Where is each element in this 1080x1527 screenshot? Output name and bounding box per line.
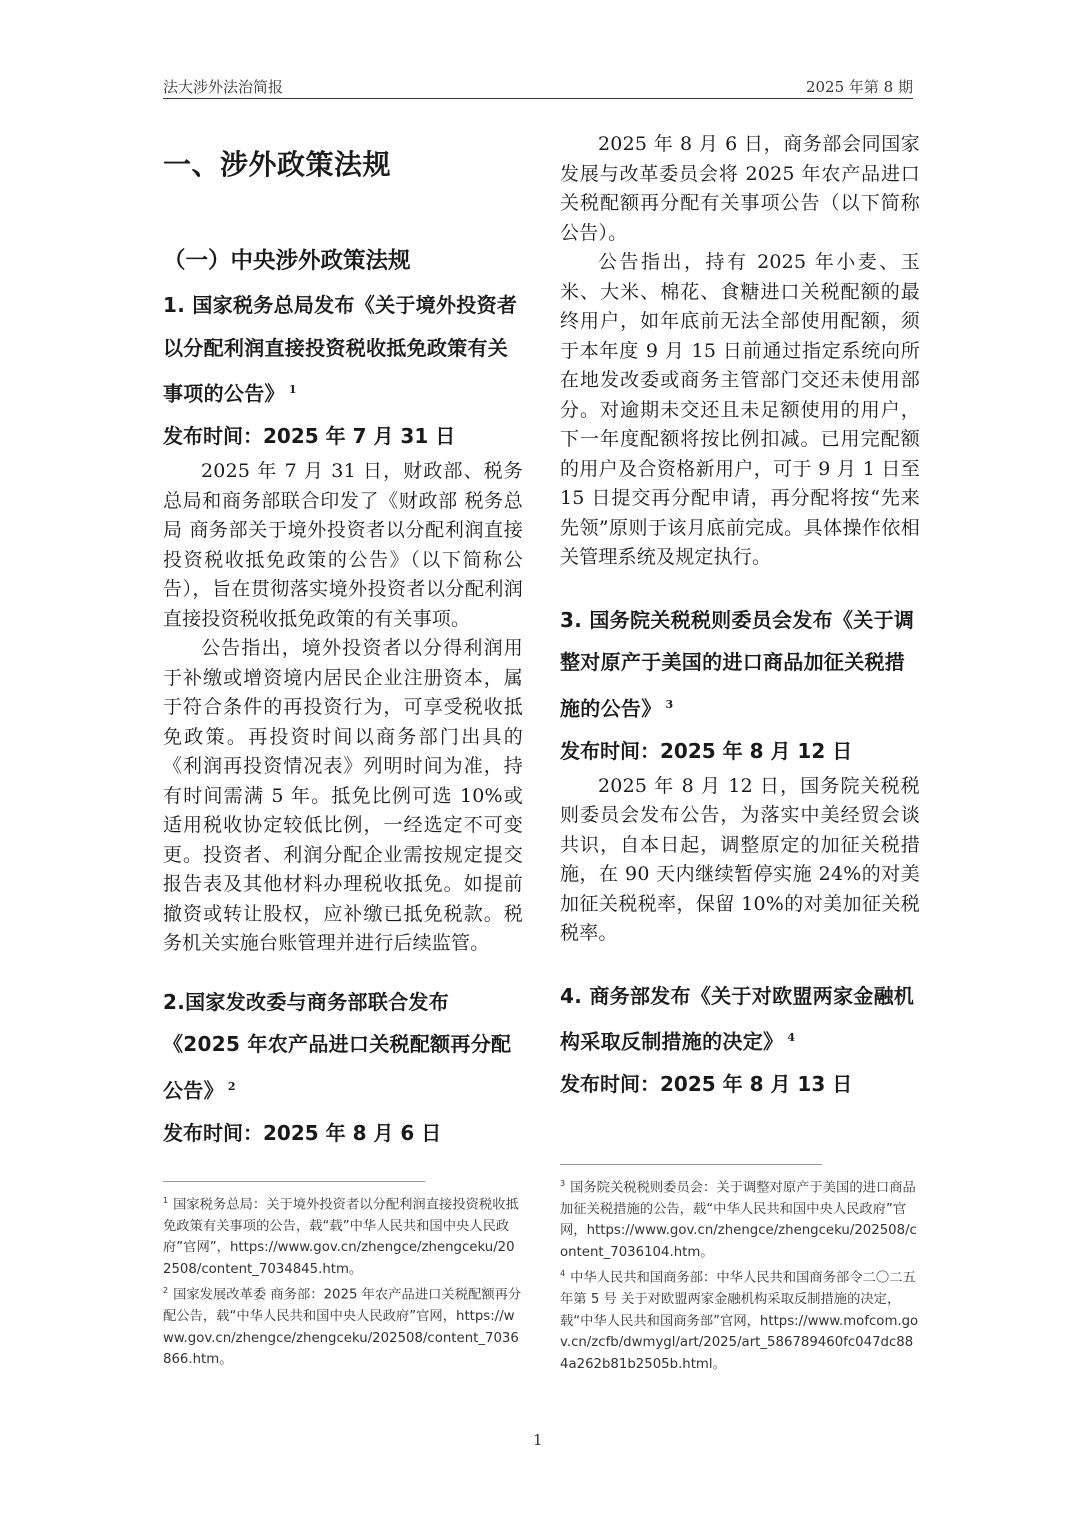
page-header: 法大涉外法治简报 2025 年第 8 期 [163, 76, 913, 99]
footnote-ref[interactable]: 4 [787, 1031, 795, 1044]
footnote-divider [560, 1164, 822, 1165]
paragraph: 2025 年 8 月 6 日，商务部会同国家发展与改革委员会将 2025 年农产… [560, 130, 920, 248]
page-number: 1 [533, 1431, 543, 1449]
footnote-2: 2国家发展改革委 商务部：2025 年农产品进口关税配额再分配公告，载“中华人民… [163, 1280, 523, 1370]
item-title: 2.国家发改委与商务部联合发布《2025 年农产品进口关税配额再分配公告》2 [163, 981, 523, 1112]
right-column: 2025 年 8 月 6 日，商务部会同国家发展与改革委员会将 2025 年农产… [560, 130, 920, 1105]
paragraph: 2025 年 7 月 31 日，财政部、税务总局和商务部联合印发了《财政部 税务… [163, 457, 523, 634]
item-4: 4. 商务部发布《关于对欧盟两家金融机构采取反制措施的决定》4 发布时间：202… [560, 975, 920, 1106]
publish-date: 发布时间：2025 年 8 月 6 日 [163, 1112, 523, 1154]
footnote-1: 1国家税务总局：关于境外投资者以分配利润直接投资税收抵免政策有关事项的公告，载“… [163, 1190, 523, 1280]
publish-date: 发布时间：2025 年 8 月 12 日 [560, 730, 920, 772]
publish-date: 发布时间：2025 年 8 月 13 日 [560, 1063, 920, 1105]
footnotes-left: 1国家税务总局：关于境外投资者以分配利润直接投资税收抵免政策有关事项的公告，载“… [163, 1190, 523, 1371]
footnote-ref[interactable]: 3 [666, 698, 674, 711]
item-1: 1. 国家税务总局发布《关于境外投资者以分配利润直接投资税收抵免政策有关事项的公… [163, 284, 523, 959]
item-3: 3. 国务院关税税则委员会发布《关于调整对原产于美国的进口商品加征关税措施的公告… [560, 599, 920, 949]
publication-name: 法大涉外法治简报 [163, 76, 283, 97]
section-title: 一、涉外政策法规 [163, 145, 523, 185]
document-page: 法大涉外法治简报 2025 年第 8 期 一、涉外政策法规 （一）中央涉外政策法… [0, 0, 1080, 1527]
footnote-4: 4中华人民共和国商务部：中华人民共和国商务部令二〇二五年第 5 号 关于对欧盟两… [560, 1263, 920, 1375]
paragraph: 公告指出，持有 2025 年小麦、玉米、大米、棉花、食糖进口关税配额的最终用户，… [560, 248, 920, 573]
paragraph: 公告指出，境外投资者以分得利润用于补缴或增资境内居民企业注册资本，属于符合条件的… [163, 634, 523, 959]
left-column: 一、涉外政策法规 （一）中央涉外政策法规 1. 国家税务总局发布《关于境外投资者… [163, 130, 523, 1154]
issue-number: 2025 年第 8 期 [806, 76, 913, 97]
item-title: 1. 国家税务总局发布《关于境外投资者以分配利润直接投资税收抵免政策有关事项的公… [163, 284, 523, 415]
footnote-3: 3国务院关税税则委员会：关于调整对原产于美国的进口商品加征关税措施的公告，载“中… [560, 1173, 920, 1263]
footnote-ref[interactable]: 1 [289, 383, 297, 396]
item-title: 4. 商务部发布《关于对欧盟两家金融机构采取反制措施的决定》4 [560, 975, 920, 1064]
subsection-title: （一）中央涉外政策法规 [163, 244, 523, 278]
footnote-divider [163, 1181, 425, 1182]
item-2: 2.国家发改委与商务部联合发布《2025 年农产品进口关税配额再分配公告》2 发… [163, 981, 523, 1154]
item-2-continued: 2025 年 8 月 6 日，商务部会同国家发展与改革委员会将 2025 年农产… [560, 130, 920, 573]
paragraph: 2025 年 8 月 12 日，国务院关税税则委员会发布公告，为落实中美经贸会谈… [560, 772, 920, 949]
item-title: 3. 国务院关税税则委员会发布《关于调整对原产于美国的进口商品加征关税措施的公告… [560, 599, 920, 730]
publish-date: 发布时间：2025 年 7 月 31 日 [163, 415, 523, 457]
footnotes-right: 3国务院关税税则委员会：关于调整对原产于美国的进口商品加征关税措施的公告，载“中… [560, 1173, 920, 1375]
footnote-ref[interactable]: 2 [228, 1080, 236, 1093]
